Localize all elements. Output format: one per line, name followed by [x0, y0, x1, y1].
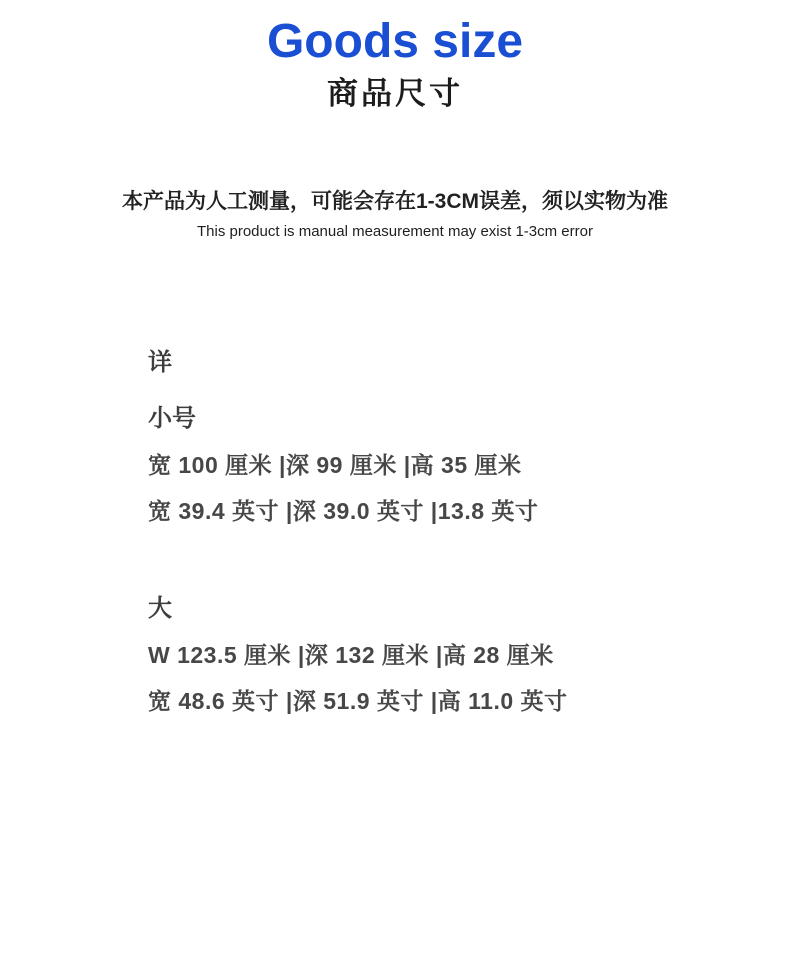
page-header: Goods size 商品尺寸 — [0, 0, 790, 112]
measurement-notice: 本产品为人工测量，可能会存在1-3CM误差，须以实物为准 This produc… — [0, 188, 790, 242]
size-name-large: 大 — [148, 594, 790, 624]
size-details: 详 小号 宽 100 厘米 |深 99 厘米 |高 35 厘米 宽 39.4 英… — [0, 348, 790, 716]
measurement-notice-english: This product is manual measurement may e… — [0, 222, 790, 242]
size-large-dimensions-inch: 宽 48.6 英寸 |深 51.9 英寸 |高 11.0 英寸 — [148, 686, 790, 716]
details-heading: 详 — [148, 348, 790, 378]
size-small-dimensions-inch: 宽 39.4 英寸 |深 39.0 英寸 |13.8 英寸 — [148, 496, 790, 526]
size-section-large: 大 W 123.5 厘米 |深 132 厘米 |高 28 厘米 宽 48.6 英… — [148, 594, 790, 716]
size-large-dimensions-cm: W 123.5 厘米 |深 132 厘米 |高 28 厘米 — [148, 640, 790, 670]
page-title-english: Goods size — [0, 14, 790, 70]
goods-size-page: Goods size 商品尺寸 本产品为人工测量，可能会存在1-3CM误差，须以… — [0, 0, 790, 976]
size-name-small: 小号 — [148, 404, 790, 434]
size-small-dimensions-cm: 宽 100 厘米 |深 99 厘米 |高 35 厘米 — [148, 450, 790, 480]
size-section-small: 小号 宽 100 厘米 |深 99 厘米 |高 35 厘米 宽 39.4 英寸 … — [148, 404, 790, 526]
measurement-notice-chinese: 本产品为人工测量，可能会存在1-3CM误差，须以实物为准 — [0, 188, 790, 216]
page-title-chinese: 商品尺寸 — [0, 76, 790, 112]
